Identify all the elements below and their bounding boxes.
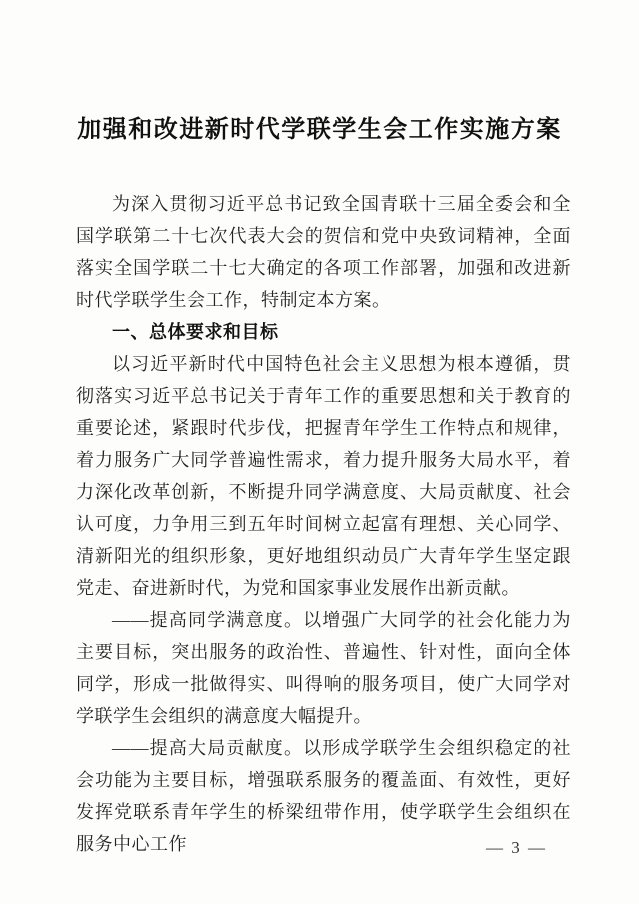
page-number: — 3 —	[486, 838, 547, 858]
document-title: 加强和改进新时代学联学生会工作实施方案	[50, 112, 589, 148]
section-1-heading: 一、总体要求和目标	[76, 316, 571, 348]
document-body: 为深入贯彻习近平总书记致全国青联十三届全委会和全国学联第二十七次代表大会的贺信和…	[76, 188, 571, 860]
intro-paragraph: 为深入贯彻习近平总书记致全国青联十三届全委会和全国学联第二十七次代表大会的贺信和…	[76, 188, 571, 316]
section-1-bullet-satisfaction: ——提高同学满意度。以增强广大同学的社会化能力为主要目标，突出服务的政治性、普遍…	[76, 604, 571, 732]
section-1-body-paragraph: 以习近平新时代中国特色社会主义思想为根本遵循，贯彻落实习近平总书记关于青年工作的…	[76, 348, 571, 604]
document-page: 加强和改进新时代学联学生会工作实施方案 为深入贯彻习近平总书记致全国青联十三届全…	[0, 0, 639, 904]
